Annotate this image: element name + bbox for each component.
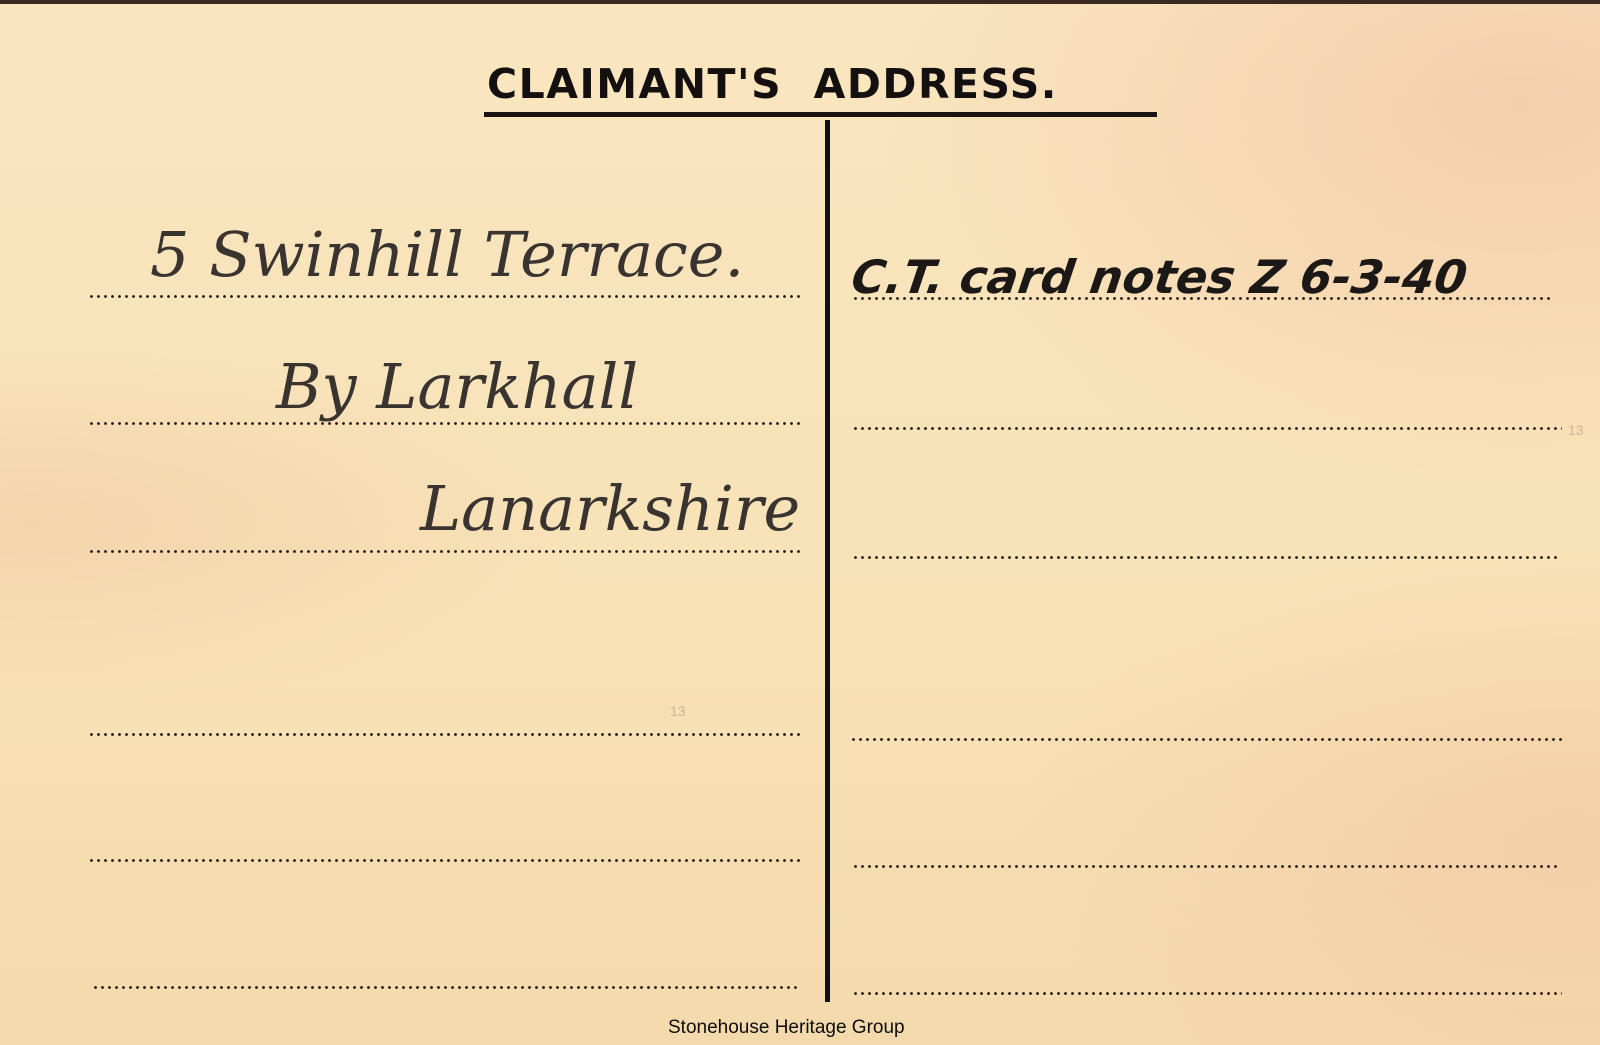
card-note: C.T. card notes Z 6-3-40	[848, 250, 1470, 304]
title-underline	[484, 112, 1157, 117]
address-line-county: Lanarkshire	[420, 472, 800, 545]
left-dotted-line-5	[88, 859, 800, 862]
footer-credit: Stonehouse Heritage Group	[668, 1017, 905, 1039]
right-dotted-line-2	[852, 427, 1562, 430]
address-line-street: 5 Swinhill Terrace.	[150, 218, 744, 291]
left-dotted-line-4	[88, 733, 800, 736]
margin-mark-center: 13	[670, 703, 686, 719]
right-dotted-line-6	[852, 992, 1562, 995]
left-dotted-line-6	[92, 986, 800, 989]
right-dotted-line-5	[852, 865, 1558, 868]
document-title: CLAIMANT'S ADDRESS.	[487, 60, 1058, 108]
left-dotted-line-1	[88, 295, 800, 298]
left-dotted-line-3	[88, 550, 800, 553]
right-dotted-line-4	[850, 738, 1562, 741]
margin-mark-right: 13	[1568, 422, 1584, 438]
column-divider	[825, 120, 830, 1002]
claimant-address-card: CLAIMANT'S ADDRESS. 5 Swinhill Terrace. …	[0, 0, 1600, 1045]
scan-top-edge	[0, 0, 1600, 4]
right-dotted-line-3	[852, 556, 1558, 559]
address-line-town: By Larkhall	[276, 350, 638, 423]
